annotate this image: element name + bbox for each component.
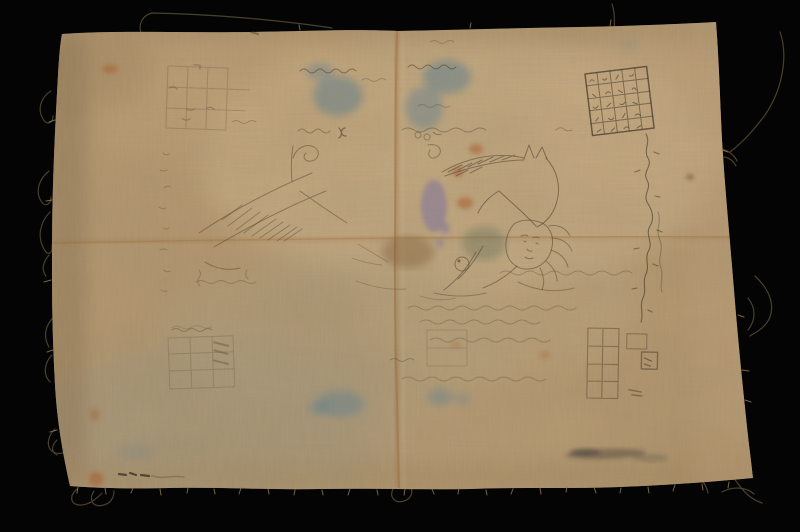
photo xyxy=(0,0,800,532)
fold-crossing-dark-patch xyxy=(382,236,434,268)
cloth-surface xyxy=(20,15,780,520)
green-smudge-centre xyxy=(462,226,506,260)
artifact-photo-svg xyxy=(0,0,800,532)
circle-glyph-dot xyxy=(458,260,461,263)
